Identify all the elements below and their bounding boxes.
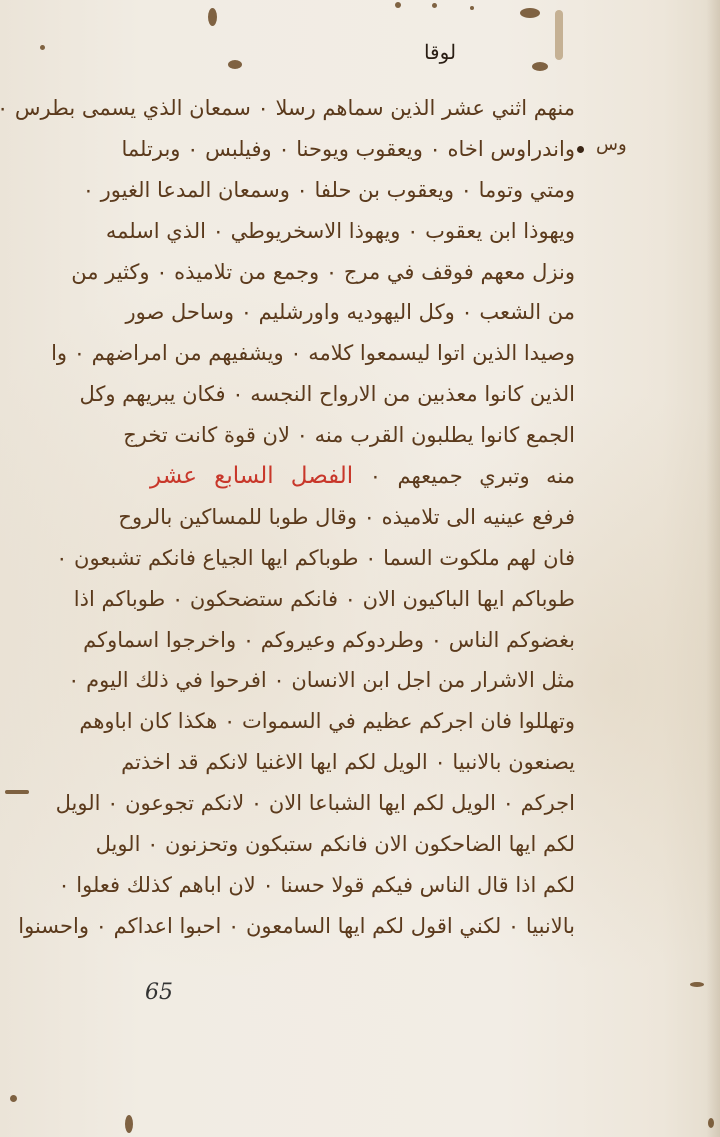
text-line: فان لهم ملكوت السما ۰ طوباكم ايها الجياع… [150,538,575,579]
text-line: مثل الاشرار من اجل ابن الانسان ۰ افرحوا … [150,660,575,701]
text-line: فرفع عينيه الى تلاميذه ۰ وقال طوبا للمسا… [150,497,575,538]
stain-mark [708,1118,714,1128]
stain-mark [10,1095,17,1102]
text-line: لكم ايها الضاحكون الان فانكم ستبكون وتحز… [150,824,575,865]
text-line: من الشعب ۰ وكل اليهوديه واورشليم ۰ وساحل… [150,292,575,333]
section-heading: الفصل السابع عشر [150,463,353,489]
margin-note: وس [596,134,627,155]
folio-number: 65 [145,980,173,1005]
stain-mark [555,10,563,60]
stain-mark [690,982,704,987]
text-line: ومتي وتوما ۰ ويعقوب بن حلفا ۰ وسمعان الم… [150,170,575,211]
text-line-with-heading: منه وتبري جميعهم ۰ الفصل السابع عشر [150,456,575,497]
stain-mark [208,8,217,26]
text-line: اجركم ۰ الويل لكم ايها الشباعا الان ۰ لا… [150,783,575,824]
manuscript-text-block: منهم اثني عشر الذين سماهم رسلا ۰ سمعان ا… [150,88,575,947]
text-line: وتهللوا فان اجركم عظيم في السموات ۰ هكذا… [150,701,575,742]
text-line-prefix: منه وتبري جميعهم ۰ [370,464,575,488]
text-line: ونزل معهم فوقف في مرج ۰ وجمع من تلاميذه … [150,252,575,293]
page-edge-shadow [706,0,720,1137]
text-line: طوباكم ايها الباكيون الان ۰ فانكم ستضحكو… [150,579,575,620]
manuscript-page: لوقا وس منهم اثني عشر الذين سماهم رسلا ۰… [0,0,720,1137]
stain-mark [5,790,29,794]
stain-mark [40,45,45,50]
text-line: الذين كانوا معذبين من الارواح النجسه ۰ ف… [150,374,575,415]
stain-mark [432,3,437,8]
text-line: يصنعون بالانبيا ۰ الويل لكم ايها الاغنيا… [150,742,575,783]
text-line: وصيدا الذين اتوا ليسمعوا كلامه ۰ ويشفيهم… [150,333,575,374]
margin-bullet-icon [577,146,584,153]
stain-mark [228,60,242,69]
text-line: بغضوكم الناس ۰ وطردوكم وعيروكم ۰ واخرجوا… [150,620,575,661]
running-title: لوقا [410,40,470,64]
stain-mark [125,1115,133,1133]
stain-mark [395,2,401,8]
text-line: بالانبيا ۰ لكني اقول لكم ايها السامعون ۰… [150,906,575,947]
stain-mark [470,6,474,10]
text-line: ويهوذا ابن يعقوب ۰ ويهوذا الاسخريوطي ۰ ا… [150,211,575,252]
stain-mark [532,62,548,71]
text-line: منهم اثني عشر الذين سماهم رسلا ۰ سمعان ا… [150,88,575,129]
text-line: الجمع كانوا يطلبون القرب منه ۰ لان قوة ك… [150,415,575,456]
text-line: لكم اذا قال الناس فيكم قولا حسنا ۰ لان ا… [150,865,575,906]
text-line: واندراوس اخاه ۰ ويعقوب ويوحنا ۰ وفيلبس ۰… [150,129,575,170]
stain-mark [520,8,540,18]
